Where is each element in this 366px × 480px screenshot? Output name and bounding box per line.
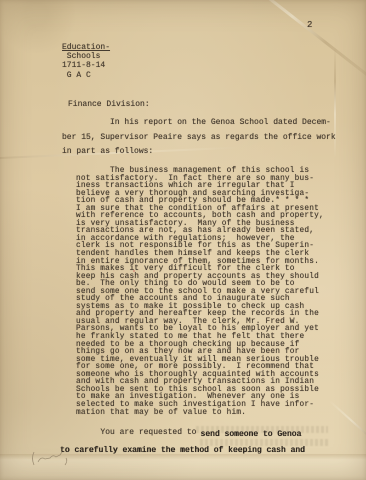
pencil-mark [28,448,84,472]
file-reference: Education- Schools 1711-8-14 G A C [62,43,110,80]
erased-text-ghost [200,439,328,446]
closing-line-1: You are requested tosend someone to Geno… [62,428,301,437]
file-reference-details: Schools 1711-8-14 G A C [62,52,110,80]
closing-line-2: to carefully examine the method of keepi… [60,446,305,455]
paper-sheet: 2 Education- Schools 1711-8-14 G A C Fin… [0,0,366,480]
file-reference-subject: Education- [62,43,110,52]
introduction-paragraph: In his report on the Genoa School dated … [62,116,336,160]
closing-emphasized-phrase: send someone to Genoa [200,430,301,439]
paper-crease [225,0,366,95]
page-number: 2 [307,20,312,30]
salutation: Finance Division: [68,100,150,109]
quoted-report-extract: The business management of this school i… [76,168,324,417]
document-scan: 2 Education- Schools 1711-8-14 G A C Fin… [0,0,366,480]
paper-crease [329,400,366,462]
closing-lead-in: You are requested to [62,428,196,437]
